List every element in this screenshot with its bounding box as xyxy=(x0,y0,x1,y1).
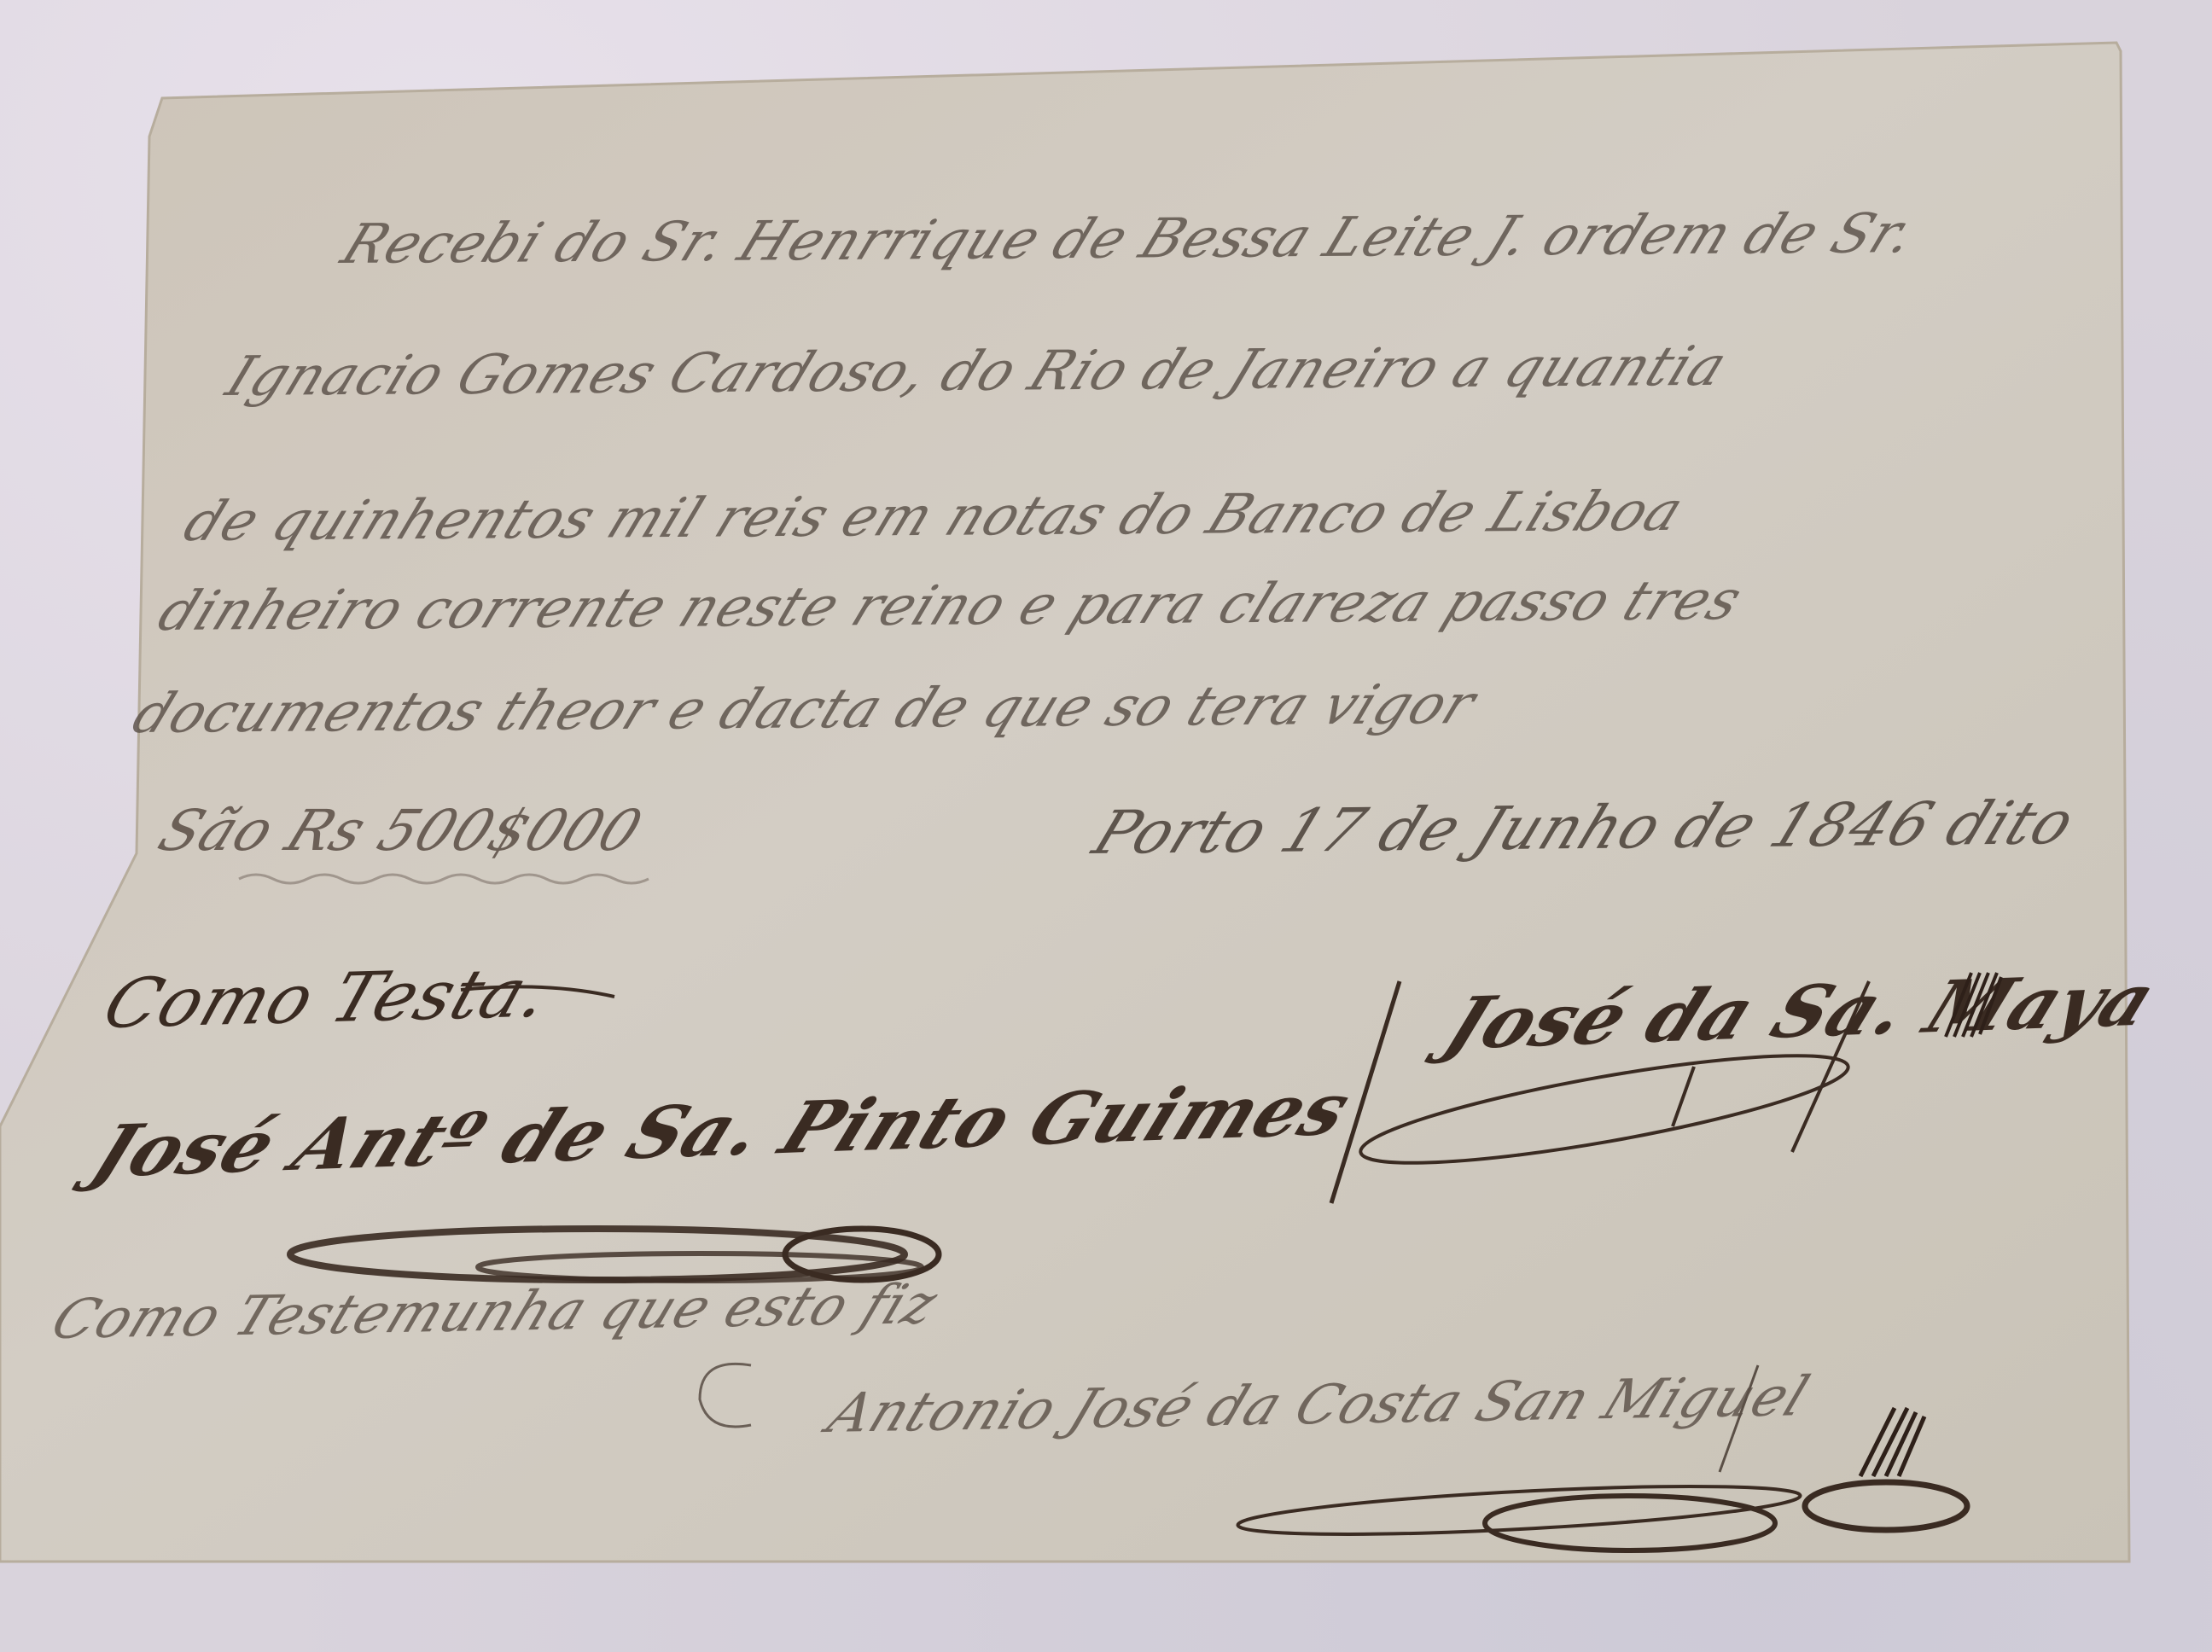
place-date: Porto 17 de Junho de 1846 dito xyxy=(1084,788,2085,868)
body-line-5: documentos theor e dacta de que so tera … xyxy=(124,673,1485,746)
body-line-3: de quinhentos mil reis em notas do Banco… xyxy=(175,480,1693,554)
body-line-4: dinheiro corrente neste reino e para cla… xyxy=(149,569,1751,643)
witness-1-label: Como Testa. xyxy=(94,953,561,1044)
body-line-2: Ignacio Gomes Cardoso, do Rio de Janeiro… xyxy=(218,335,1737,409)
amount-label: São Rs 500$000 xyxy=(149,798,652,864)
body-line-1: Recebi do Sr. Henrrique de Bessa Leite J… xyxy=(333,202,1924,276)
document-photo: Recebi do Sr. Henrrique de Bessa Leite J… xyxy=(0,0,2212,1652)
